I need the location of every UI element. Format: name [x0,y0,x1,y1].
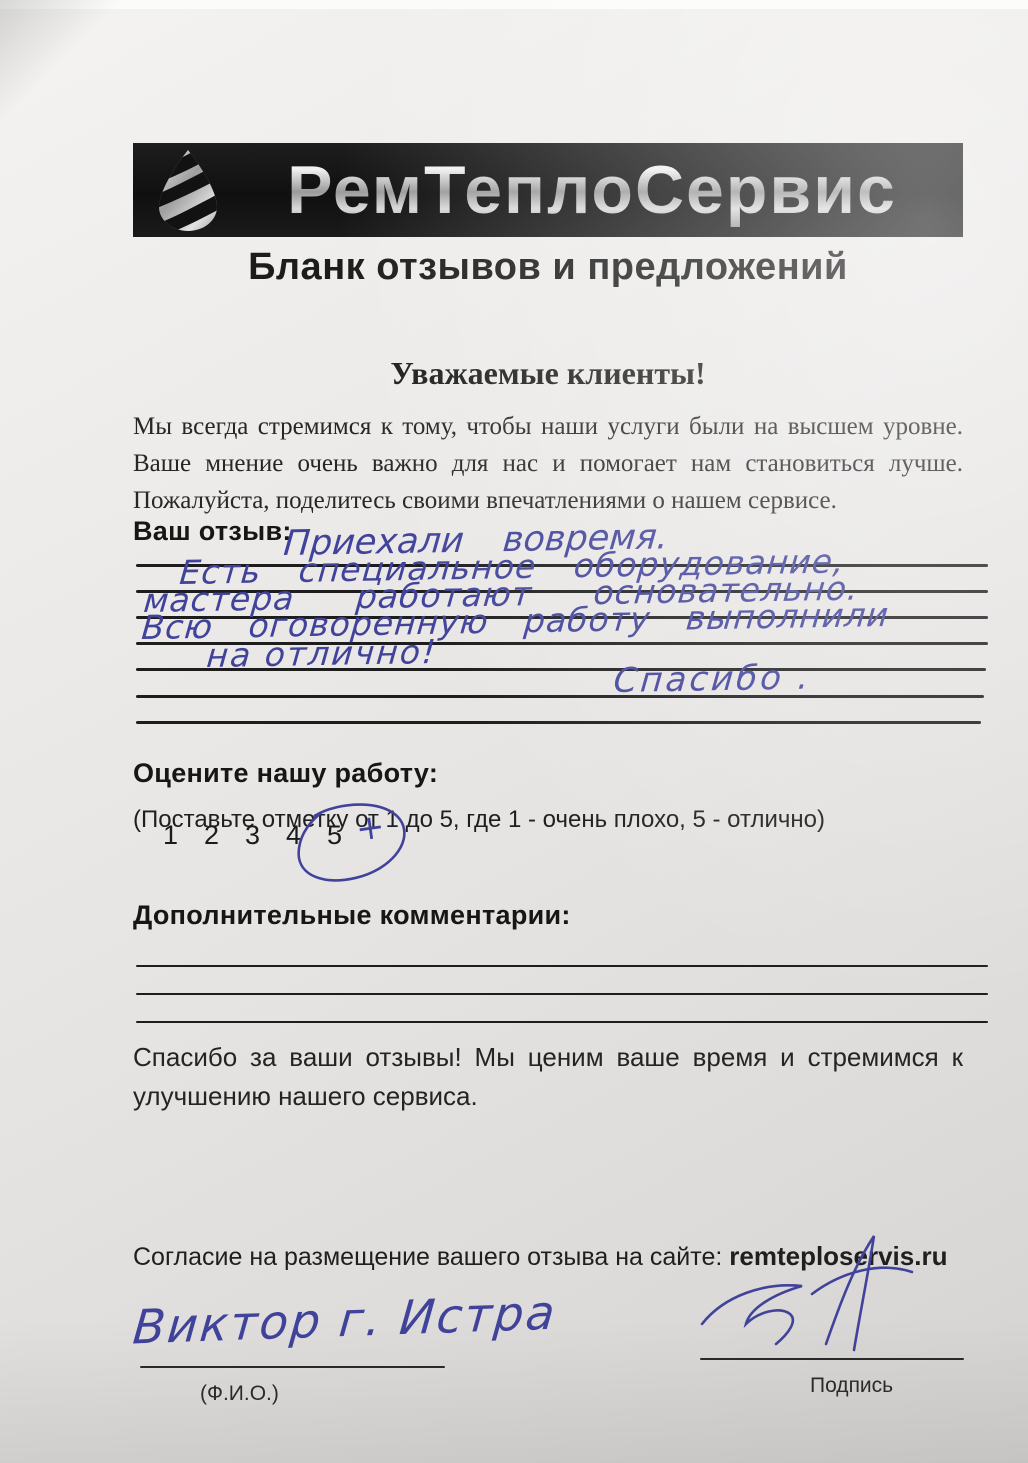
handwritten-review-line: на отлично! [205,632,439,675]
droplet-flame-icon [151,148,225,232]
sign-caption: Подпись [810,1374,893,1398]
brand-name: РемТеплоСервис [239,143,945,237]
greeting-heading: Уважаемые клиенты! [133,355,963,392]
intro-paragraph: Мы всегда стремимся к тому, чтобы наши у… [133,408,963,519]
comments-label: Дополнительные комментарии: [133,900,571,931]
handwritten-review-line: Спасибо . [612,657,813,701]
scanned-feedback-form: РемТеплоСервис Бланк отзывов и предложен… [0,0,1028,1463]
paper-edge [0,0,1028,9]
rating-option-3: 3 [245,820,260,851]
rating-option-2: 2 [204,820,219,851]
ruled-line [136,695,984,698]
review-label: Ваш отзыв: [133,516,292,547]
rating-label: Оцените нашу работу: [133,758,438,789]
form-title: Бланк отзывов и предложений [133,246,963,289]
rating-instruction: (Поставьте отметку от 1 до 5, где 1 - оч… [133,806,825,834]
ruled-line [136,721,981,724]
ruled-line [136,993,988,995]
handwritten-circle-mark [290,798,416,892]
handwritten-name: Виктор г. Истра [131,1286,559,1356]
consent-text: Согласие на размещение вашего отзыва на … [133,1243,729,1271]
ruled-line [136,965,988,967]
name-signature-line [140,1366,445,1368]
name-caption: (Ф.И.О.) [200,1382,279,1406]
ruled-line [136,1021,988,1023]
sign-signature-line [700,1358,964,1360]
rating-option-1: 1 [163,820,178,851]
thanks-paragraph: Спасибо за ваши отзывы! Мы ценим ваше вр… [133,1038,963,1116]
handwritten-signature [688,1232,938,1372]
brand-banner: РемТеплоСервис [133,143,963,237]
